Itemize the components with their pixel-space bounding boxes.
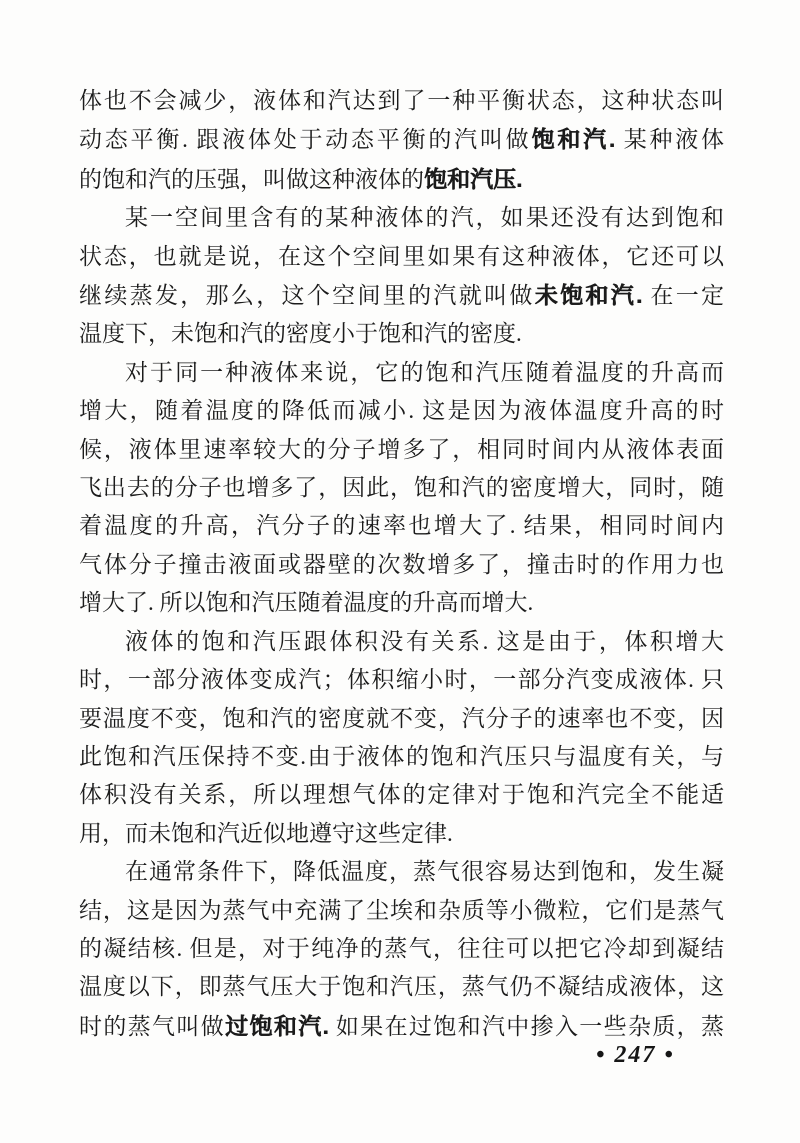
text-run: 此饱和汽压保持不变.由于液体的饱和汽压只与温度有关，与 [79, 744, 724, 769]
bold-term: 未饱和汽. [535, 282, 643, 308]
text-run: 体积没有关系，所以理想气体的定律对于饱和汽完全不能适 [79, 782, 724, 807]
text-run: 候，液体里速率较大的分子增多了，相同时间内从液体表面 [79, 437, 724, 462]
text-line: 体积没有关系，所以理想气体的定律对于饱和汽完全不能适 [79, 776, 724, 814]
text-line: 此饱和汽压保持不变.由于液体的饱和汽压只与温度有关，与 [79, 738, 724, 776]
page-number: • 247 • [596, 1042, 675, 1069]
text-line: 时，一部分液体变成汽；体积缩小时，一部分汽变成液体. 只 [79, 661, 724, 699]
text-run: 着温度的升高，汽分子的速率也增大了. 结果，相同时间内 [79, 513, 724, 538]
text-run: 某一空间里含有的某种液体的汽，如果还没有达到饱和 [125, 205, 724, 230]
text-line: 体也不会减少，液体和汽达到了一种平衡状态，这种状态叫 [79, 82, 724, 120]
text-line: 时的蒸气叫做过饱和汽. 如果在过饱和汽中掺入一些杂质，蒸 [79, 1007, 724, 1046]
text-line: 用，而未饱和汽近似地遵守这些定律. [79, 815, 724, 853]
text-line: 气体分子撞击液面或器壁的次数增多了，撞击时的作用力也 [79, 546, 724, 584]
text-line: 继续蒸发，那么，这个空间里的汽就叫做未饱和汽. 在一定 [79, 276, 724, 315]
text-line: 动态平衡. 跟液体处于动态平衡的汽叫做饱和汽. 某种液体 [79, 120, 724, 159]
text-line: 温度以下，即蒸气压大于饱和汽压，蒸气仍不凝结成液体，这 [79, 968, 724, 1006]
page-number-label: • 247 • [596, 1042, 675, 1068]
body-text: 体也不会减少，液体和汽达到了一种平衡状态，这种状态叫动态平衡. 跟液体处于动态平… [79, 82, 724, 1046]
text-run: 气体分子撞击液面或器壁的次数增多了，撞击时的作用力也 [79, 552, 724, 577]
text-run: 如果在过饱和汽中掺入一些杂质，蒸 [329, 1014, 724, 1039]
text-line: 温度下，未饱和汽的密度小于饱和汽的密度. [79, 315, 724, 353]
text-run: 时，一部分液体变成汽；体积缩小时，一部分汽变成液体. 只 [79, 667, 724, 692]
text-line: 要温度不变，饱和汽的密度就不变，汽分子的速率也不变，因 [79, 700, 724, 738]
text-line: 候，液体里速率较大的分子增多了，相同时间内从液体表面 [79, 431, 724, 469]
text-line: 增大，随着温度的降低而减小. 这是因为液体温度升高的时 [79, 392, 724, 430]
text-run: 在通常条件下，降低温度，蒸气很容易达到饱和，发生凝 [125, 859, 724, 884]
bold-term: 饱和汽压. [424, 166, 522, 192]
text-run: 继续蒸发，那么，这个空间里的汽就叫做 [79, 283, 535, 308]
text-line: 的凝结核. 但是，对于纯净的蒸气，往往可以把它冷却到凝结 [79, 930, 724, 968]
text-run: 动态平衡. 跟液体处于动态平衡的汽叫做 [79, 127, 531, 152]
text-line: 飞出去的分子也增多了，因此，饱和汽的密度增大，同时，随 [79, 469, 724, 507]
paragraph: 某一空间里含有的某种液体的汽，如果还没有达到饱和状态，也就是说，在这个空间里如果… [79, 199, 724, 354]
text-run: 某种液体 [615, 127, 724, 152]
text-run: 增大，随着温度的降低而减小. 这是因为液体温度升高的时 [79, 398, 724, 423]
text-line: 结，这是因为蒸气中充满了尘埃和杂质等小微粒，它们是蒸气 [79, 892, 724, 930]
text-line: 对于同一种液体来说，它的饱和汽压随着温度的升高而 [79, 354, 724, 392]
text-run: 增大了. 所以饱和汽压随着温度的升高而增大. [79, 590, 533, 615]
text-run: 的凝结核. 但是，对于纯净的蒸气，往往可以把它冷却到凝结 [79, 936, 724, 961]
text-run: 飞出去的分子也增多了，因此，饱和汽的密度增大，同时，随 [79, 475, 724, 500]
text-run: 结，这是因为蒸气中充满了尘埃和杂质等小微粒，它们是蒸气 [79, 898, 724, 923]
text-run: 对于同一种液体来说，它的饱和汽压随着温度的升高而 [125, 360, 724, 385]
text-run: 时的蒸气叫做 [79, 1014, 225, 1039]
text-line: 的饱和汽的压强，叫做这种液体的饱和汽压. [79, 160, 724, 199]
text-run: 在一定 [642, 283, 724, 308]
text-line: 液体的饱和汽压跟体积没有关系. 这是由于，体积增大 [79, 623, 724, 661]
paragraph: 体也不会减少，液体和汽达到了一种平衡状态，这种状态叫动态平衡. 跟液体处于动态平… [79, 82, 724, 199]
bold-term: 过饱和汽. [225, 1013, 329, 1039]
text-line: 着温度的升高，汽分子的速率也增大了. 结果，相同时间内 [79, 507, 724, 545]
text-run: 温度下，未饱和汽的密度小于饱和汽的密度. [79, 321, 522, 346]
text-run: 温度以下，即蒸气压大于饱和汽压，蒸气仍不凝结成液体，这 [79, 974, 724, 999]
text-run: 要温度不变，饱和汽的密度就不变，汽分子的速率也不变，因 [79, 706, 724, 731]
text-line: 增大了. 所以饱和汽压随着温度的升高而增大. [79, 584, 724, 622]
scanned-page: 体也不会减少，液体和汽达到了一种平衡状态，这种状态叫动态平衡. 跟液体处于动态平… [0, 0, 800, 1143]
text-line: 状态，也就是说，在这个空间里如果有这种液体，它还可以 [79, 238, 724, 276]
text-line: 在通常条件下，降低温度，蒸气很容易达到饱和，发生凝 [79, 853, 724, 891]
text-run: 体也不会减少，液体和汽达到了一种平衡状态，这种状态叫 [79, 88, 724, 113]
text-run: 的饱和汽的压强，叫做这种液体的 [79, 167, 424, 192]
text-run: 液体的饱和汽压跟体积没有关系. 这是由于，体积增大 [125, 629, 724, 654]
paragraph: 对于同一种液体来说，它的饱和汽压随着温度的升高而增大，随着温度的降低而减小. 这… [79, 354, 724, 623]
text-run: 用，而未饱和汽近似地遵守这些定律. [79, 821, 453, 846]
paragraph: 液体的饱和汽压跟体积没有关系. 这是由于，体积增大时，一部分液体变成汽；体积缩小… [79, 623, 724, 853]
text-line: 某一空间里含有的某种液体的汽，如果还没有达到饱和 [79, 199, 724, 237]
text-run: 状态，也就是说，在这个空间里如果有这种液体，它还可以 [79, 244, 724, 269]
bold-term: 饱和汽. [531, 126, 615, 152]
paragraph: 在通常条件下，降低温度，蒸气很容易达到饱和，发生凝结，这是因为蒸气中充满了尘埃和… [79, 853, 724, 1046]
